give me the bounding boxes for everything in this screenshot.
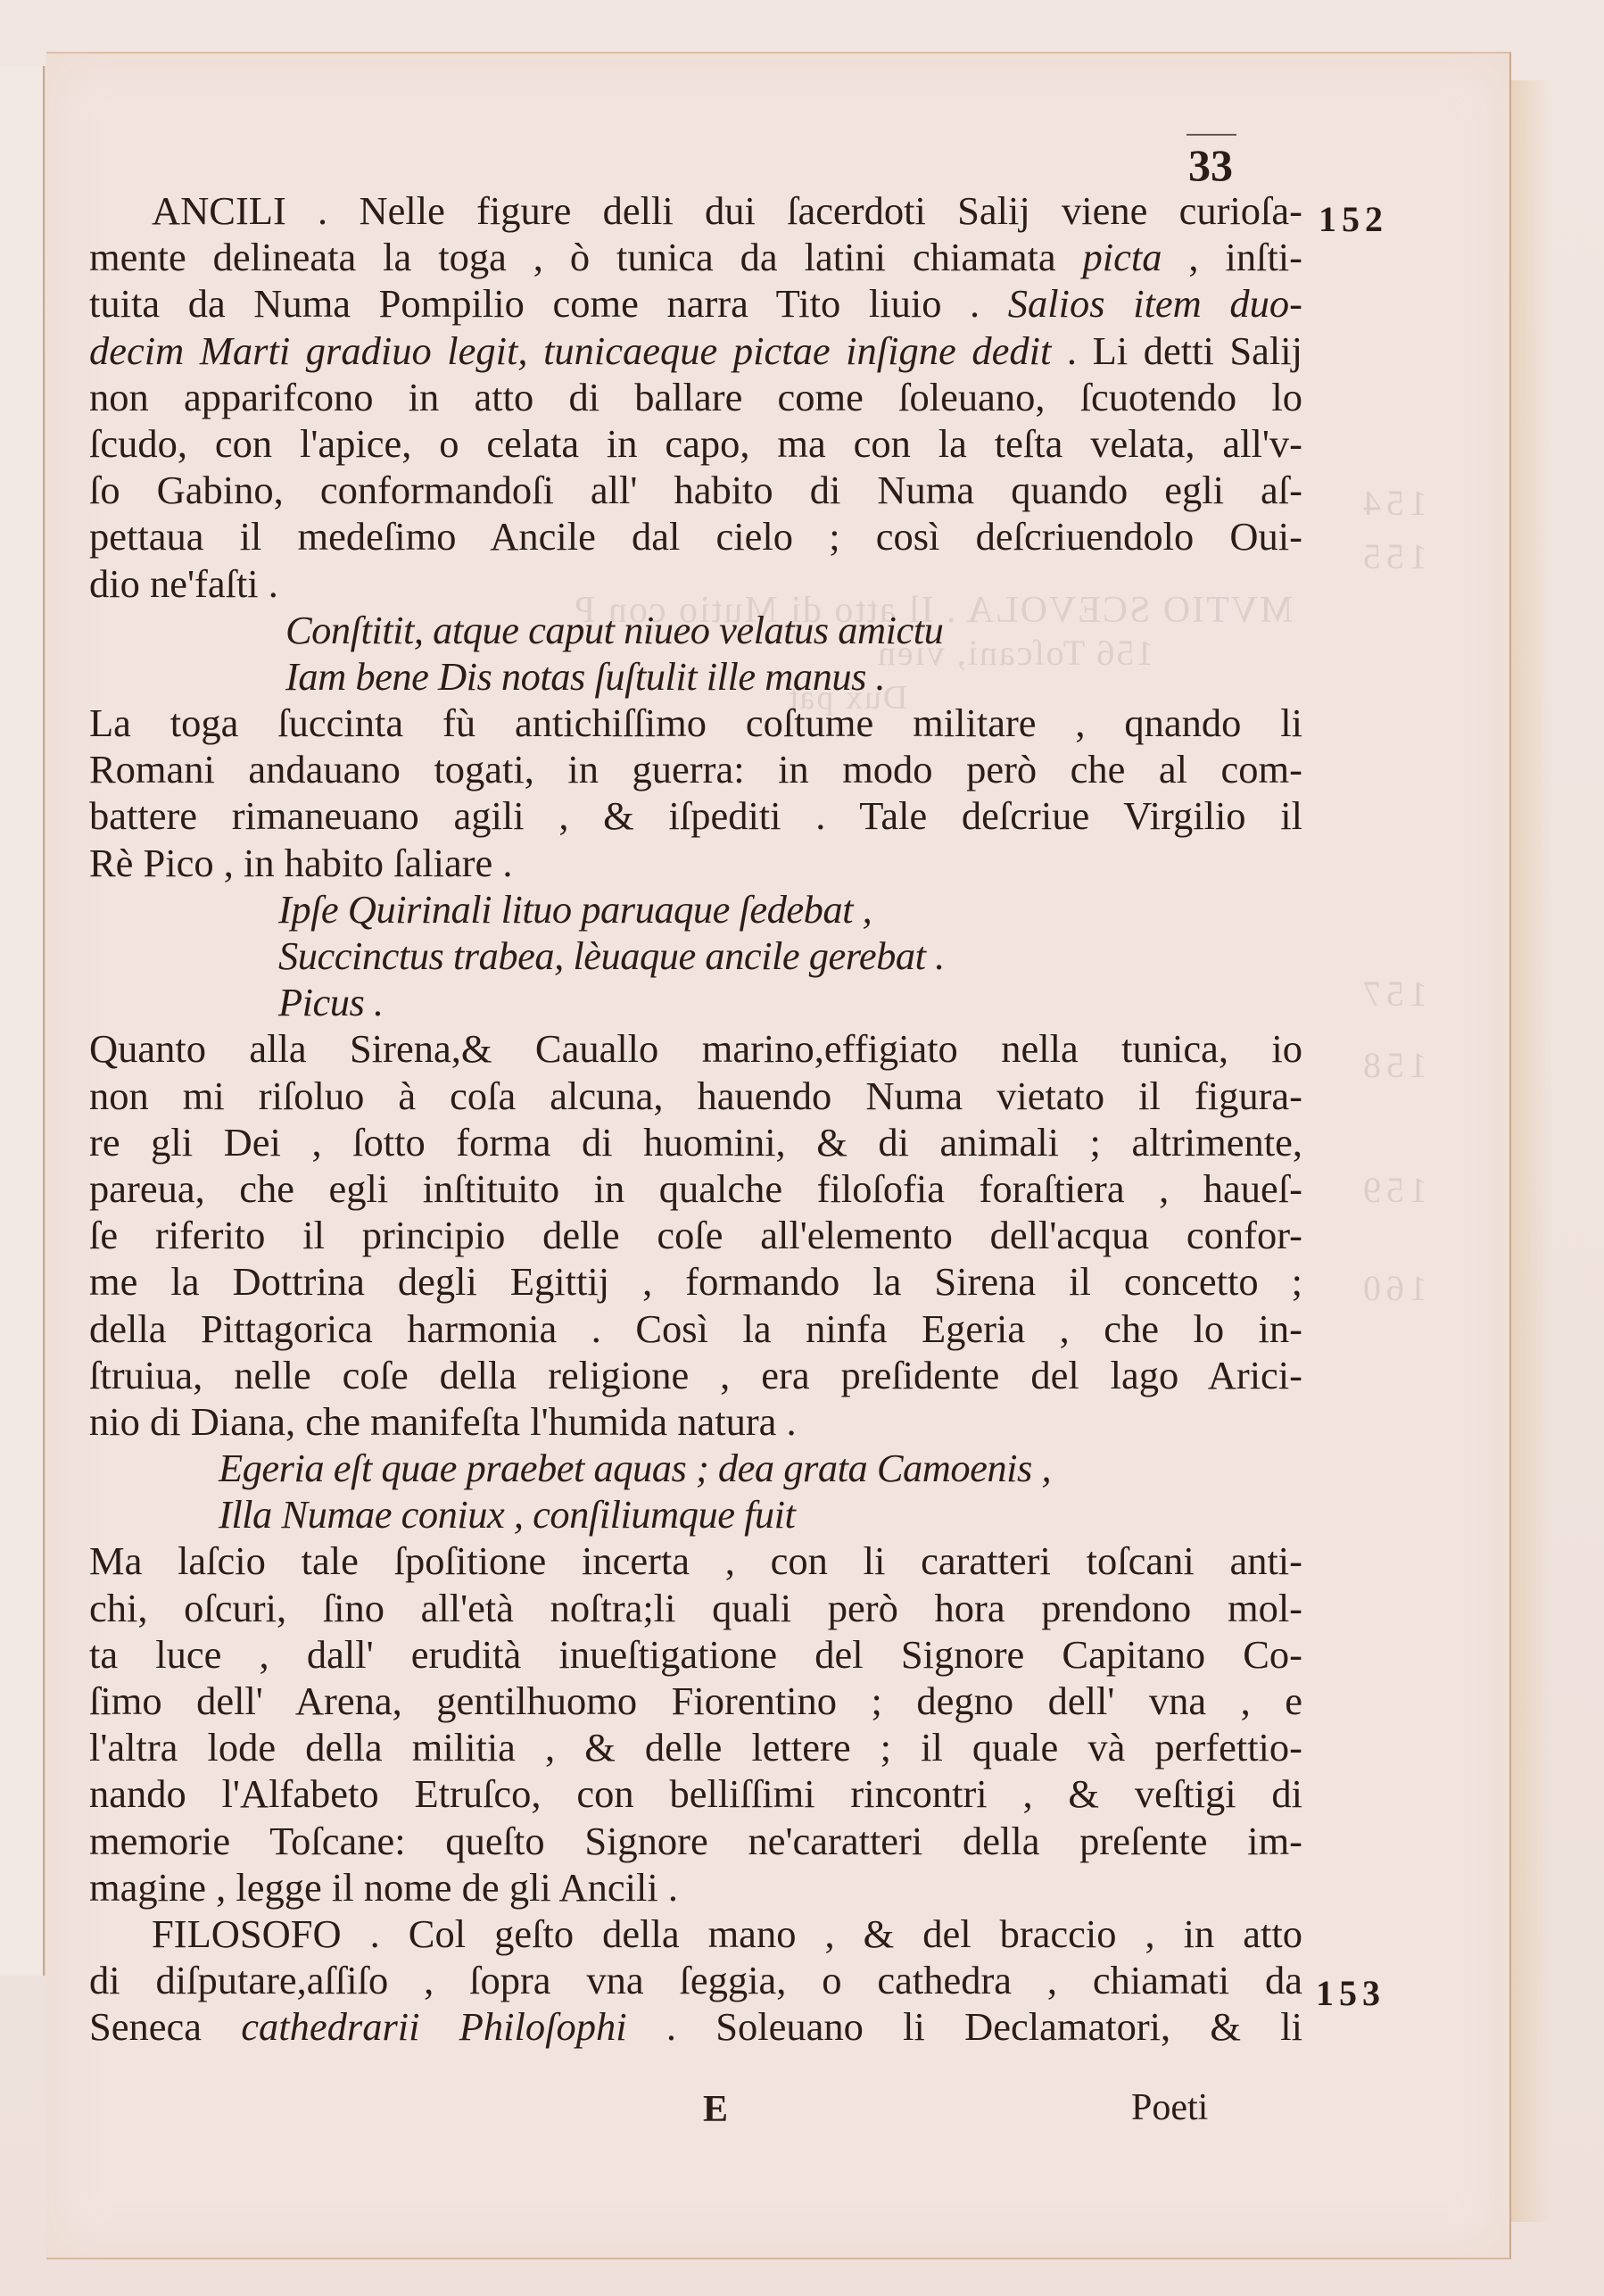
verse-line: Egeria eſt quae praebet aquas ; dea grat… <box>89 1445 1302 1491</box>
verse-line: Conſtitit, atque caput niueo velatus ami… <box>89 607 1302 653</box>
italic-quotation: decim Marti gradiuo legit, tunicaeque pi… <box>89 328 1051 373</box>
text-line: Quanto alla Sirena,& Cauallo marino,effi… <box>89 1025 1302 1072</box>
text-line: mente delineata la toga , ò tunica da la… <box>89 234 1302 280</box>
text-line: non apparifcono in atto di ballare come … <box>89 374 1302 420</box>
paragraph-toga: La toga ſuccinta fù antichiſſimo coſtume… <box>89 700 1302 886</box>
page-number: 33 <box>1188 143 1233 187</box>
text-line: nando l'Alfabeto Etruſco, con belliſſimi… <box>89 1770 1302 1817</box>
text-line: FILOSOFO . Col geſto della mano , & del … <box>89 1911 1302 1957</box>
text-line: decim Marti gradiuo legit, tunicaeque pi… <box>89 327 1302 374</box>
text-line: dio ne'faſti . <box>89 560 1302 607</box>
text-line: ſe riferito il principio delle coſe all'… <box>89 1212 1302 1258</box>
text-line: Seneca cathedrarii Philoſophi . Soleuano… <box>89 2003 1302 2050</box>
text-run: , inſti- <box>1162 235 1302 279</box>
text-run: tuita da Numa Pompilio come narra Tito l… <box>89 281 1008 326</box>
text-line: nio di Diana, che manifeſta l'humida nat… <box>89 1398 1302 1445</box>
text-line: non mi riſoluo à coſa alcuna, hauendo Nu… <box>89 1073 1302 1119</box>
adjacent-page-edge <box>0 66 45 1976</box>
text-line: re gli Dei , ſotto forma di huomini, & d… <box>89 1119 1302 1165</box>
text-run: Seneca <box>89 2004 241 2049</box>
bleed-through-number: 155 <box>1358 535 1427 577</box>
text-run: mente delineata la toga , ò tunica da la… <box>89 235 1083 279</box>
verse-line: Illa Numae coniux , conſiliumque fuit <box>89 1491 1302 1538</box>
verse-line: Iam bene Dis notas ſuſtulit ille manus . <box>89 653 1302 700</box>
text-run: . Soleuano li Declamatori, & li <box>627 2004 1302 2049</box>
paragraph-caratteri: Ma laſcio tale ſpoſitione incerta , con … <box>89 1538 1302 1911</box>
italic-quotation: Salios item duo- <box>1008 281 1302 326</box>
text-line: tuita da Numa Pompilio come narra Tito l… <box>89 280 1302 327</box>
paragraph-ancili: ANCILI . Nelle figure delli dui ſacerdot… <box>89 187 1302 607</box>
italic-term: cathedrarii Philoſophi <box>241 2004 626 2049</box>
text-line: ſimo dell' Arena, gentilhuomo Fiorentino… <box>89 1678 1302 1724</box>
bleed-through-number: 158 <box>1358 1044 1427 1086</box>
bleed-through-number: 159 <box>1358 1169 1427 1211</box>
margin-note-153: 153 <box>1316 1976 1385 2011</box>
margin-note-152: 152 <box>1319 202 1388 237</box>
bleed-through-number: 160 <box>1358 1267 1427 1309</box>
text-line: ſo Gabino, conformandoſi all' habito di … <box>89 467 1302 513</box>
verse-quotation-egeria: Egeria eſt quae praebet aquas ; dea grat… <box>89 1445 1302 1538</box>
text-line: l'altra lode della militia , & delle let… <box>89 1724 1302 1770</box>
text-line: Rè Pico , in habito ſaliare . <box>89 840 1302 886</box>
text-line: Romani andauano togati, in guerra: in mo… <box>89 746 1302 792</box>
verse-quotation-virgil: Ipſe Quirinali lituo paruaque ſedebat , … <box>89 886 1302 1026</box>
verse-line: Succinctus trabea, lèuaque ancile gereba… <box>89 932 1302 979</box>
text-line: chi, oſcuri, ſino all'età noſtra;li qual… <box>89 1585 1302 1631</box>
text-line: ſtruiua, nelle coſe della religione , er… <box>89 1352 1302 1398</box>
verse-quotation-ovid: Conſtitit, atque caput niueo velatus ami… <box>89 607 1302 700</box>
text-line: della Pittagorica harmonia . Così la nin… <box>89 1305 1302 1352</box>
text-line: magine , legge il nome de gli Ancili . <box>89 1864 1302 1911</box>
verse-line: Picus . <box>89 979 1302 1025</box>
text-line: La toga ſuccinta fù antichiſſimo coſtume… <box>89 700 1302 746</box>
main-text-column: ANCILI . Nelle figure delli dui ſacerdot… <box>89 187 1302 2051</box>
page-number-rule <box>1186 134 1236 136</box>
catchword: Poeti <box>1131 2086 1208 2129</box>
text-run: . Li detti Salij <box>1051 328 1302 373</box>
bleed-through-number: 154 <box>1358 482 1427 524</box>
verse-line: Ipſe Quirinali lituo paruaque ſedebat , <box>89 886 1302 932</box>
bleed-through-number: 157 <box>1358 973 1427 1015</box>
text-line: memorie Toſcane: queſto Signore ne'carat… <box>89 1818 1302 1864</box>
paragraph-filosofo: FILOSOFO . Col geſto della mano , & del … <box>89 1911 1302 2051</box>
text-line: ANCILI . Nelle figure delli dui ſacerdot… <box>89 187 1302 234</box>
text-line: ta luce , dall' erudità inueſtigatione d… <box>89 1631 1302 1678</box>
text-line: battere rimaneuano agili , & iſpediti . … <box>89 792 1302 839</box>
signature-mark: E <box>703 2088 728 2131</box>
text-line: ſcudo, con l'apice, o celata in capo, ma… <box>89 420 1302 467</box>
text-line: pareua, che egli inſtituito in qualche f… <box>89 1165 1302 1212</box>
paragraph-sirena: Quanto alla Sirena,& Cauallo marino,effi… <box>89 1025 1302 1445</box>
text-line: pettaua il medeſimo Ancile dal cielo ; c… <box>89 513 1302 559</box>
text-line: Ma laſcio tale ſpoſitione incerta , con … <box>89 1538 1302 1584</box>
italic-term: picta <box>1083 235 1162 279</box>
text-line: me la Dottrina degli Egittij , formando … <box>89 1258 1302 1305</box>
text-line: di diſputare,aſſiſo , ſopra vna ſeggia, … <box>89 1957 1302 2003</box>
